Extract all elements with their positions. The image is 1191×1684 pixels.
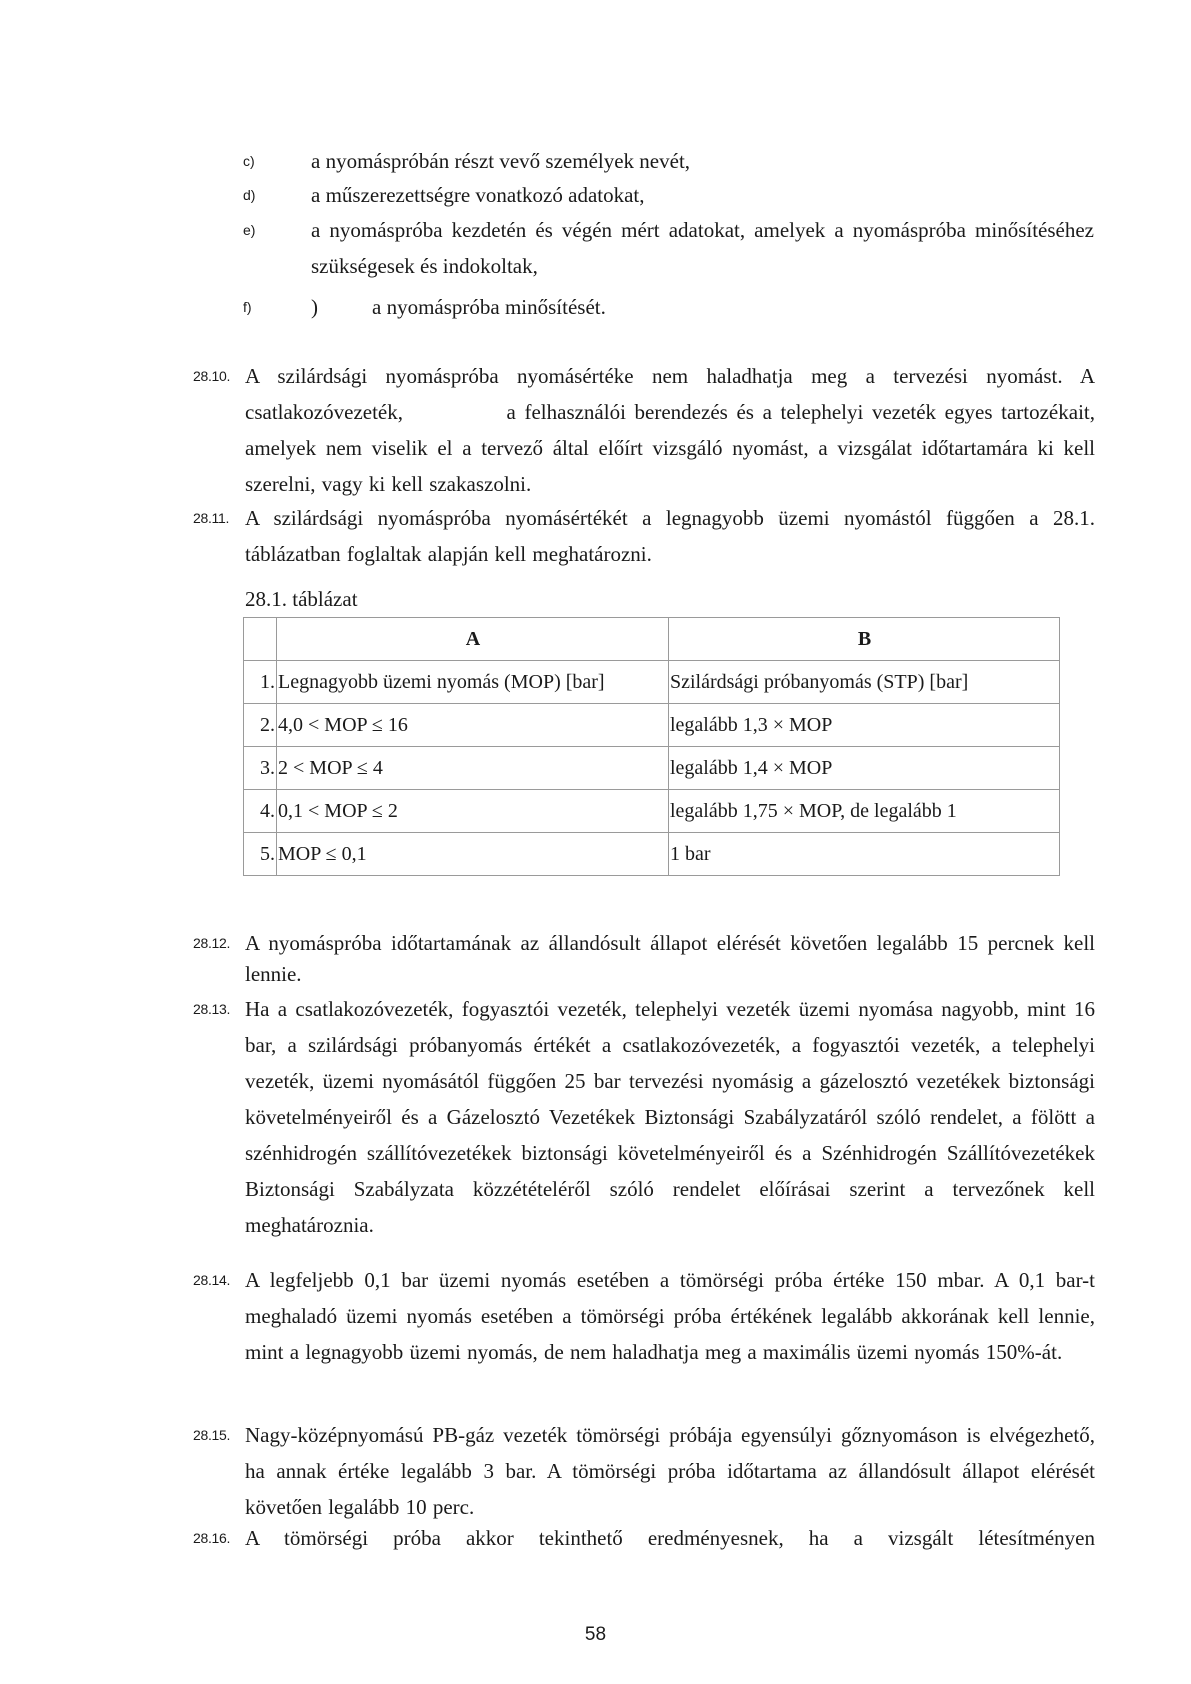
- table-cell: legalább 1,4 × MOP: [669, 747, 1060, 790]
- page-number: 58: [0, 1624, 1191, 1646]
- table-cell: legalább 1,3 × MOP: [669, 704, 1060, 747]
- document-page: c) a nyomáspróbán részt vevő személyek n…: [0, 0, 1191, 1684]
- list-text: a nyomáspróbán részt vevő személyek nevé…: [311, 143, 1094, 179]
- table-cell: 1 bar: [669, 833, 1060, 876]
- paragraph-text: A legfeljebb 0,1 bar üzemi nyomás esetéb…: [245, 1262, 1095, 1370]
- list-label: c): [243, 143, 255, 179]
- table-cell: Szilárdsági próbanyomás (STP) [bar]: [669, 661, 1060, 704]
- table-cell: 2 < MOP ≤ 4: [277, 747, 669, 790]
- list-label: f): [243, 289, 252, 325]
- paragraph-text: A tömörségi próba akkor tekinthető eredm…: [245, 1520, 1095, 1556]
- paragraph-number: 28.15.: [193, 1417, 230, 1453]
- table-cell: [244, 618, 277, 661]
- table-cell: Legnagyobb üzemi nyomás (MOP) [bar]: [277, 661, 669, 704]
- table-cell: 0,1 < MOP ≤ 2: [277, 790, 669, 833]
- paragraph-number: 28.11.: [193, 500, 229, 536]
- table-row: 5. MOP ≤ 0,1 1 bar: [244, 833, 1060, 876]
- list-text: a nyomáspróba kezdetén és végén mért ada…: [311, 212, 1094, 284]
- paragraph-text: A nyomáspróba időtartamának az állandósu…: [245, 928, 1095, 990]
- paragraph-number: 28.12.: [193, 928, 230, 959]
- paragraph-number: 28.13.: [193, 991, 230, 1027]
- row-number: 5.: [244, 833, 277, 876]
- list-label: d): [243, 177, 255, 213]
- list-text: a műszerezettségre vonatkozó adatokat,: [311, 177, 1094, 213]
- paragraph-number: 28.10.: [193, 358, 230, 394]
- table-row: 3. 2 < MOP ≤ 4 legalább 1,4 × MOP: [244, 747, 1060, 790]
- row-number: 4.: [244, 790, 277, 833]
- table-header-row: A B: [244, 618, 1060, 661]
- paragraph-number: 28.14.: [193, 1262, 230, 1298]
- list-text: a nyomáspróba minősítését.: [372, 289, 606, 325]
- pressure-table: A B 1. Legnagyobb üzemi nyomás (MOP) [ba…: [243, 617, 1060, 876]
- table-cell: legalább 1,75 × MOP, de legalább 1: [669, 790, 1060, 833]
- paragraph-number: 28.16.: [193, 1520, 230, 1556]
- column-header-a: A: [277, 618, 669, 661]
- column-header-b: B: [669, 618, 1060, 661]
- paragraph-text: Nagy-középnyomású PB-gáz vezeték tömörsé…: [245, 1417, 1095, 1525]
- row-number: 2.: [244, 704, 277, 747]
- table-row: 2. 4,0 < MOP ≤ 16 legalább 1,3 × MOP: [244, 704, 1060, 747]
- paragraph-text: Ha a csatlakozóvezeték, fogyasztói vezet…: [245, 991, 1095, 1243]
- table-row: 4. 0,1 < MOP ≤ 2 legalább 1,75 × MOP, de…: [244, 790, 1060, 833]
- table-cell: 4,0 < MOP ≤ 16: [277, 704, 669, 747]
- table-row: 1. Legnagyobb üzemi nyomás (MOP) [bar] S…: [244, 661, 1060, 704]
- list-paren: ): [311, 289, 318, 325]
- table-cell: MOP ≤ 0,1: [277, 833, 669, 876]
- row-number: 3.: [244, 747, 277, 790]
- paragraph-text: A szilárdsági nyomáspróba nyomásértékét …: [245, 500, 1095, 572]
- table-caption: 28.1. táblázat: [245, 584, 358, 614]
- list-label: e): [243, 212, 255, 248]
- row-number: 1.: [244, 661, 277, 704]
- paragraph-text: A szilárdsági nyomáspróba nyomásértéke n…: [245, 358, 1095, 502]
